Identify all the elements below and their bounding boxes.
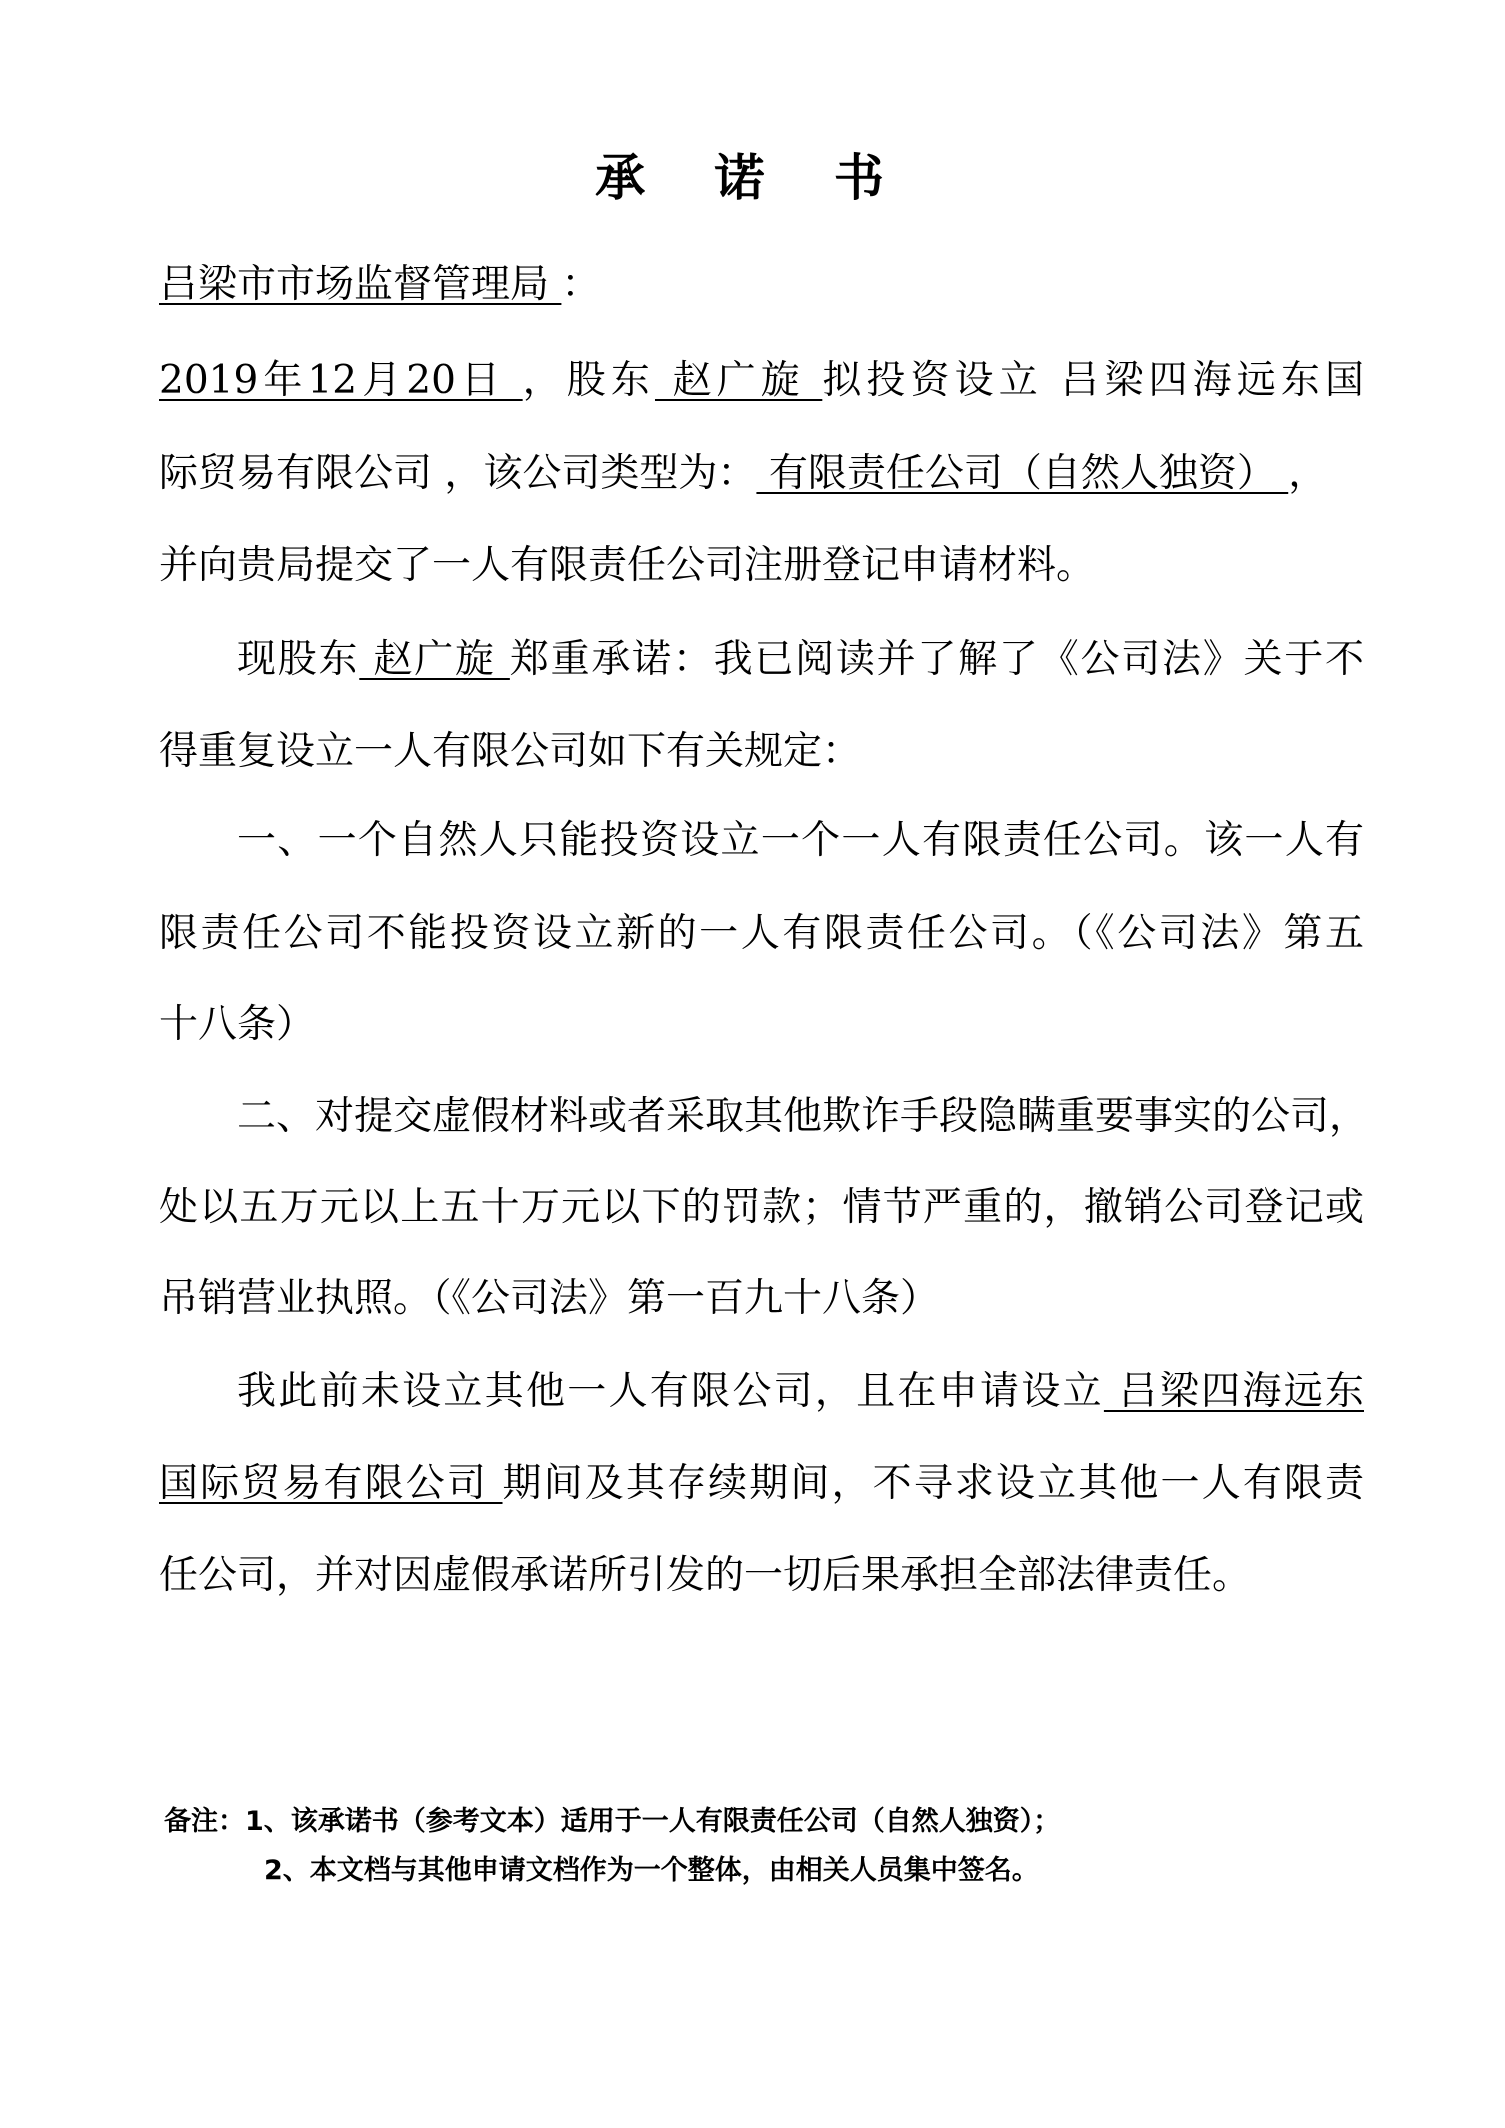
company-type-field: 有限责任公司（自然人独资） bbox=[756, 451, 1288, 496]
addressee-name: 吕梁市市场监督管理局 bbox=[159, 262, 561, 307]
shareholder-name-field: 赵广旋 bbox=[359, 637, 510, 682]
rule1-line3: 十八条） bbox=[159, 1002, 1364, 1048]
addressee-line: 吕梁市市场监督管理局 ： bbox=[159, 262, 1364, 308]
static-text: 现股东 bbox=[237, 637, 359, 682]
company-name-field-continued: 国际贸易有限公司 bbox=[159, 1461, 503, 1506]
company-name-continued: 际贸易有限公司 bbox=[159, 451, 432, 496]
date-field: 2019年12月20日 bbox=[159, 358, 523, 403]
note-2: 2、本文档与其他申请文档作为一个整体，由相关人员集中签名。 bbox=[264, 1854, 1039, 1888]
document-title: 承 诺 书 bbox=[0, 148, 1505, 208]
company-name-field: 吕梁四海远东 bbox=[1104, 1369, 1364, 1414]
static-text: 拟投资设立 吕梁四海远东国 bbox=[822, 358, 1364, 403]
static-text: 郑重承诺：我已阅读并了解了《公司法》关于不 bbox=[510, 637, 1364, 682]
paragraph2-line2: 得重复设立一人有限公司如下有关规定： bbox=[159, 729, 1364, 775]
rule1-line1: 一、一个自然人只能投资设立一个一人有限责任公司。该一人有 bbox=[237, 818, 1364, 864]
static-text: 期间及其存续期间，不寻求设立其他一人有限责 bbox=[503, 1461, 1364, 1506]
rule2-line2: 处以五万元以上五十万元以下的罚款；情节严重的，撤销公司登记或 bbox=[159, 1185, 1364, 1231]
paragraph1-line2: 际贸易有限公司 ，该公司类型为： 有限责任公司（自然人独资） ， bbox=[159, 451, 1364, 497]
paragraph2-line1: 现股东 赵广旋 郑重承诺：我已阅读并了解了《公司法》关于不 bbox=[237, 637, 1364, 683]
static-text: ，该公司类型为： bbox=[432, 451, 756, 496]
static-text: 我此前未设立其他一人有限公司，且在申请设立 bbox=[237, 1369, 1104, 1414]
paragraph3-line2: 国际贸易有限公司 期间及其存续期间，不寻求设立其他一人有限责 bbox=[159, 1461, 1364, 1507]
paragraph3-line3: 任公司，并对因虚假承诺所引发的一切后果承担全部法律责任。 bbox=[159, 1553, 1364, 1599]
rule2-line3: 吊销营业执照。（《公司法》第一百九十八条） bbox=[159, 1276, 1364, 1322]
rule2-line1: 二、对提交虚假材料或者采取其他欺诈手段隐瞒重要事实的公司， bbox=[237, 1094, 1364, 1140]
static-text: ，股东 bbox=[523, 358, 655, 403]
rule1-line2: 限责任公司不能投资设立新的一人有限责任公司。（《公司法》第五 bbox=[159, 911, 1364, 957]
paragraph1-line1: 2019年12月20日 ，股东 赵广旋 拟投资设立 吕梁四海远东国 bbox=[159, 358, 1364, 404]
document-page: 承 诺 书 吕梁市市场监督管理局 ： 2019年12月20日 ，股东 赵广旋 拟… bbox=[0, 0, 1505, 2128]
shareholder-name-field: 赵广旋 bbox=[655, 358, 822, 403]
static-text: ， bbox=[1288, 451, 1327, 496]
note-1: 备注：1、该承诺书（参考文本）适用于一人有限责任公司（自然人独资）； bbox=[164, 1805, 1060, 1839]
paragraph3-line1: 我此前未设立其他一人有限公司，且在申请设立 吕梁四海远东 bbox=[237, 1369, 1364, 1415]
addressee-colon: ： bbox=[561, 262, 600, 307]
paragraph1-line3: 并向贵局提交了一人有限责任公司注册登记申请材料。 bbox=[159, 543, 1364, 589]
